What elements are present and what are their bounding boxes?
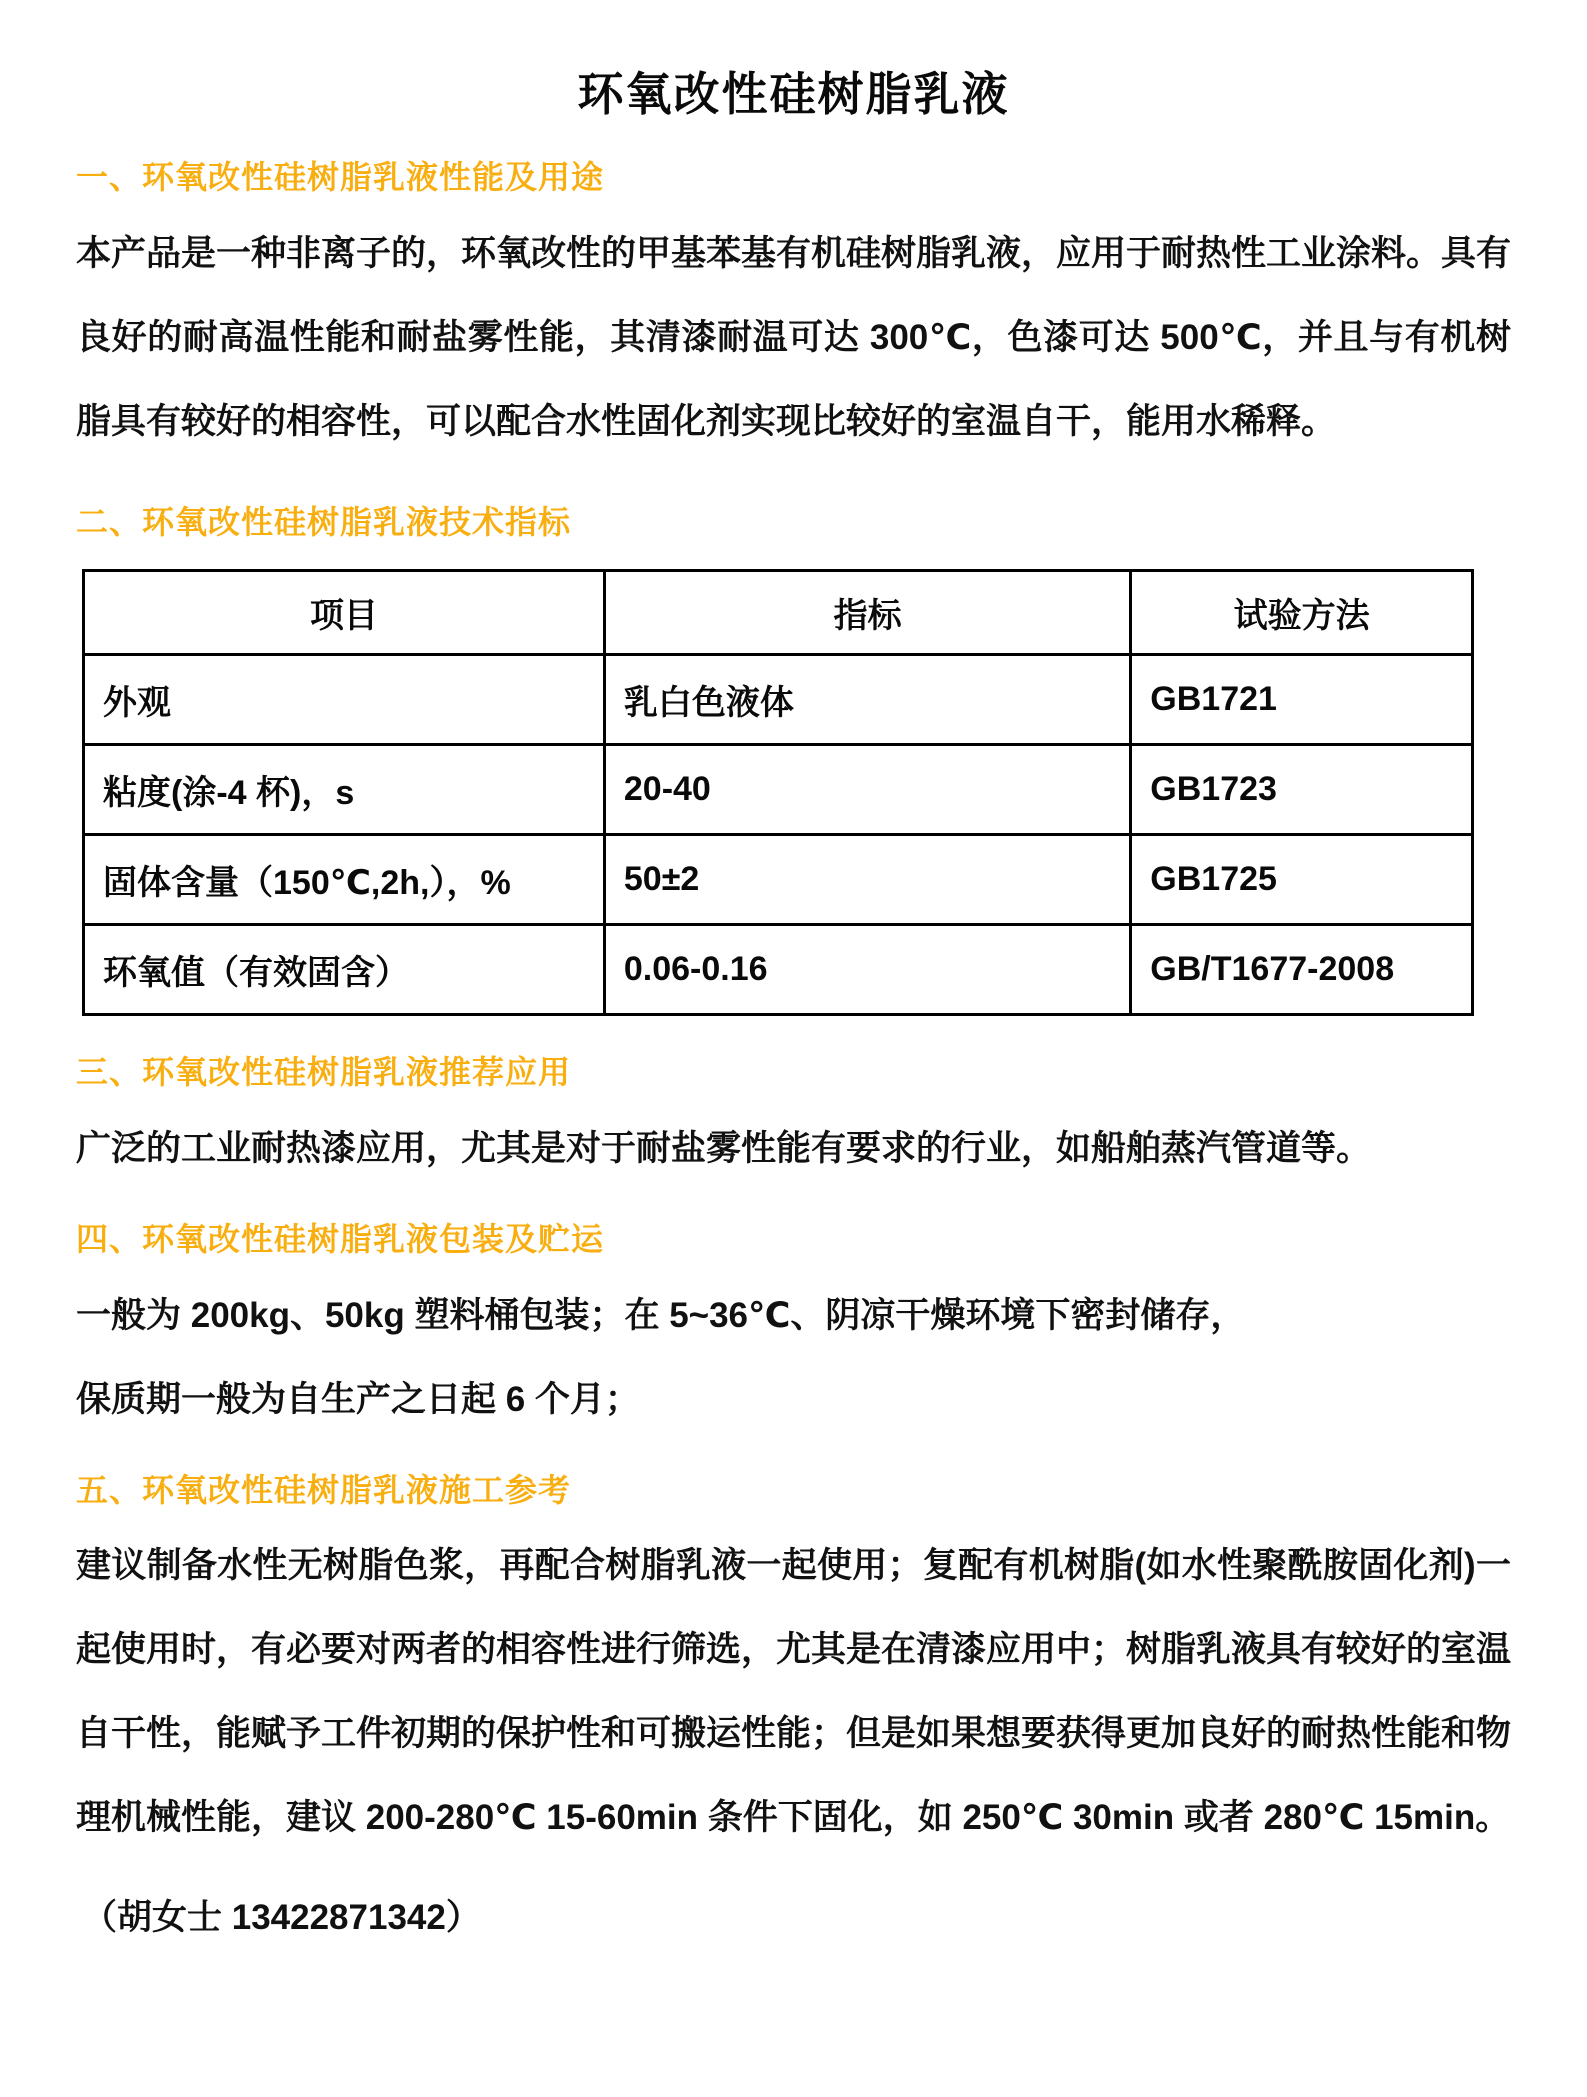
table-header-indicator: 指标 <box>604 571 1130 655</box>
section-1-heading: 一、环氧改性硅树脂乳液性能及用途 <box>76 155 1511 200</box>
table-cell-solids-value: 50±2 <box>604 835 1130 925</box>
table-row: 环氧值（有效固含） 0.06-0.16 GB/T1677-2008 <box>84 925 1473 1015</box>
table-cell-viscosity-label: 粘度(涂-4 杯)，s <box>84 745 605 835</box>
table-cell-appearance-value: 乳白色液体 <box>604 655 1130 745</box>
section-1-paragraph: 本产品是一种非离子的，环氧改性的甲基苯基有机硅树脂乳液，应用于耐热性工业涂料。具… <box>76 212 1511 464</box>
table-cell-epoxy-value-method: GB/T1677-2008 <box>1131 925 1473 1015</box>
tech-spec-table: 项目 指标 试验方法 外观 乳白色液体 GB1721 粘度(涂-4 杯)，s 2… <box>82 569 1474 1016</box>
table-cell-appearance-method: GB1721 <box>1131 655 1473 745</box>
section-5-heading: 五、环氧改性硅树脂乳液施工参考 <box>76 1468 1511 1513</box>
section-3-paragraph: 广泛的工业耐热漆应用，尤其是对于耐盐雾性能有要求的行业，如船舶蒸汽管道等。 <box>76 1107 1511 1191</box>
page-title: 环氧改性硅树脂乳液 <box>76 65 1511 125</box>
table-cell-viscosity-value: 20-40 <box>604 745 1130 835</box>
section-4-line-2: 保质期一般为自生产之日起 6 个月； <box>76 1358 1511 1442</box>
table-cell-appearance-label: 外观 <box>84 655 605 745</box>
table-header-test-method: 试验方法 <box>1131 571 1473 655</box>
table-header-item: 项目 <box>84 571 605 655</box>
table-cell-viscosity-method: GB1723 <box>1131 745 1473 835</box>
section-3-heading: 三、环氧改性硅树脂乳液推荐应用 <box>76 1050 1511 1095</box>
table-header-row: 项目 指标 试验方法 <box>84 571 1473 655</box>
section-5-paragraph: 建议制备水性无树脂色浆，再配合树脂乳液一起使用；复配有机树脂(如水性聚酰胺固化剂… <box>76 1524 1511 1860</box>
document-page: { "accent_color": "#F9AE10", "title": "环… <box>0 0 1587 2097</box>
section-2-heading: 二、环氧改性硅树脂乳液技术指标 <box>76 500 1511 545</box>
table-cell-solids-label: 固体含量（150℃,2h,），% <box>84 835 605 925</box>
table-cell-solids-method: GB1725 <box>1131 835 1473 925</box>
table-row: 粘度(涂-4 杯)，s 20-40 GB1723 <box>84 745 1473 835</box>
section-4-heading: 四、环氧改性硅树脂乳液包装及贮运 <box>76 1217 1511 1262</box>
table-row: 外观 乳白色液体 GB1721 <box>84 655 1473 745</box>
table-cell-epoxy-value-value: 0.06-0.16 <box>604 925 1130 1015</box>
table-row: 固体含量（150℃,2h,），% 50±2 GB1725 <box>84 835 1473 925</box>
table-cell-epoxy-value-label: 环氧值（有效固含） <box>84 925 605 1015</box>
section-4-line-1: 一般为 200kg、50kg 塑料桶包装；在 5~36℃、阴凉干燥环境下密封储存… <box>76 1274 1511 1358</box>
section-4-paragraph: 一般为 200kg、50kg 塑料桶包装；在 5~36℃、阴凉干燥环境下密封储存… <box>76 1274 1511 1442</box>
contact-info: （胡女士 13422871342） <box>76 1876 1511 1960</box>
